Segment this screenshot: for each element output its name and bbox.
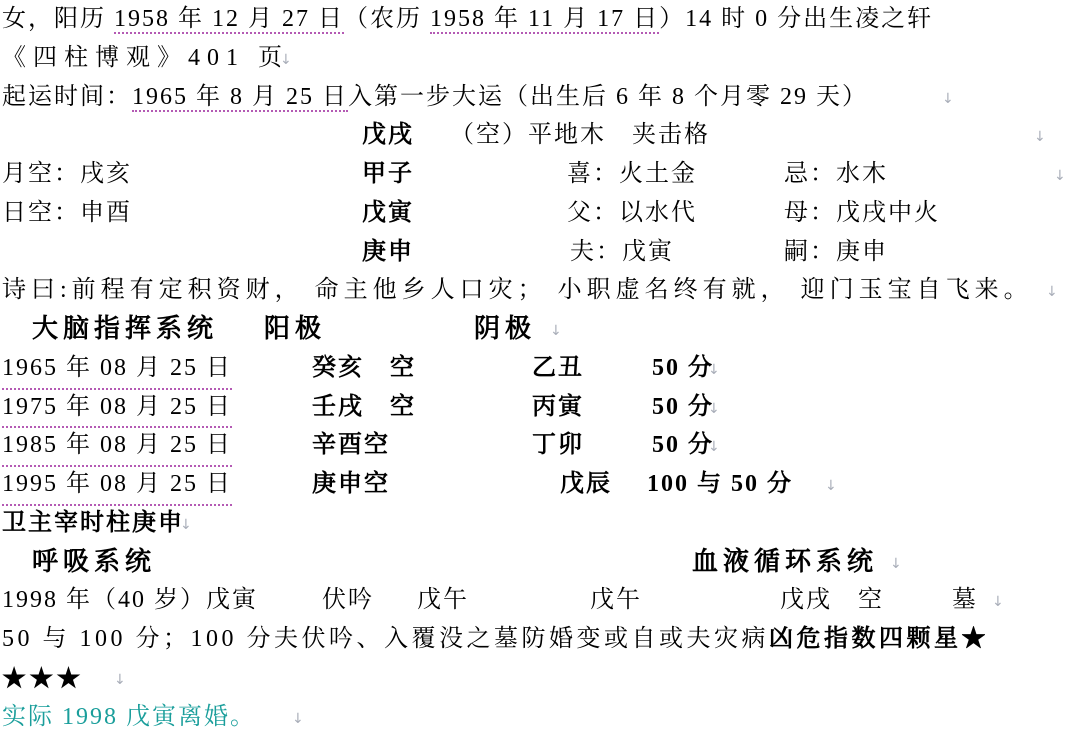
dayun-branch: 戊辰 [560, 465, 612, 504]
line-break-mark: ↓ [708, 428, 720, 467]
dayun-pillar: 辛酉空 [312, 426, 390, 465]
luck-start-date: 1965 年 8 月 25 日 [132, 84, 348, 112]
void-label: 空 [858, 581, 884, 620]
dayun-row: 1995 年 08 月 25 日庚申空戊辰100 与 50 分↓ [2, 465, 1070, 504]
month-void-label: 月空：戌亥 [2, 155, 132, 194]
score-analysis-text: 50 与 100 分；100 分夫伏吟、入覆没之墓防婚变或自或夫灾病 [2, 626, 769, 652]
dayun-date: 1975 年 08 月 25 日 [2, 388, 232, 429]
hour-pillar: 庚申 [362, 233, 414, 272]
lunar-birth-date: 1958 年 11 月 17 日 [430, 6, 659, 34]
actual-event-text: 实际 1998 戊寅离婚。 [2, 704, 256, 730]
day-void-label: 日空：申酉 [2, 194, 132, 233]
birth-info-line: 女，阳历 1958 年 12 月 27 日（农历 1958 年 11 月 17 … [2, 0, 1070, 39]
line-break-mark: ↓ [890, 545, 902, 584]
husband-element: 夫：戊寅 [570, 233, 674, 272]
year-pillar-line: 戊戌（空）平地木 夹击格↓ [2, 116, 1070, 155]
dayun-branch: 丁卯 [532, 426, 584, 465]
line-break-mark: ↓ [942, 80, 954, 119]
line-break-mark: ↓ [180, 506, 192, 545]
yang-pole-heading: 阳极 [264, 310, 326, 349]
danger-stars: ★★★ [2, 663, 84, 693]
dayun-row: 1975 年 08 月 25 日壬戌 空丙寅50 分↓ [2, 388, 1070, 427]
stars-line: ★★★↓ [2, 659, 1070, 698]
father-element: 父：以水代 [567, 194, 697, 233]
birth-info-mid: （农历 [344, 6, 430, 32]
wuxu-pillar: 戊戌 [780, 581, 832, 620]
dayun-date: 1965 年 08 月 25 日 [2, 349, 232, 390]
respiratory-system-heading: 呼吸系统 [32, 543, 156, 582]
dayun-branch: 乙丑 [532, 349, 584, 388]
poem-text: 诗曰:前程有定积资财， 命主他乡人口灾； 小职虚名终有就， 迎门玉宝自飞来。 [2, 277, 1033, 303]
hour-pillar-line: 庚申夫：戊寅嗣：庚申 [2, 233, 1070, 272]
tomb-label: 墓 [952, 581, 978, 620]
actual-event-line: 实际 1998 戊寅离婚。↓ [2, 698, 1070, 737]
dayun-row: 1985 年 08 月 25 日辛酉空丁卯50 分↓ [2, 426, 1070, 465]
luck-start-line: 起运时间：1965 年 8 月 25 日入第一步大运（出生后 6 年 8 个月零… [2, 78, 1070, 117]
dayun-score: 50 分 [652, 388, 714, 427]
line-break-mark: ↓ [280, 41, 292, 80]
year-pillar-notes: （空）平地木 夹击格 [450, 116, 710, 155]
day-pillar: 戊寅 [362, 194, 414, 233]
dayun-pillar: 癸亥 空 [312, 349, 416, 388]
month-pillar: 甲子 [362, 155, 414, 194]
dayun-pillar: 庚申空 [312, 465, 390, 504]
birth-info-post: ）14 时 0 分出生凌之轩 [659, 6, 933, 32]
line-break-mark: ↓ [708, 351, 720, 390]
luck-start-label: 起运时间： [2, 84, 132, 110]
line-break-mark: ↓ [292, 700, 304, 737]
brain-system-heading: 大脑指挥系统 [32, 310, 218, 349]
book-reference: 《四柱博观》401 页 [2, 45, 289, 71]
dayun-branch: 丙寅 [532, 388, 584, 427]
line-break-mark: ↓ [825, 467, 837, 506]
line-break-mark: ↓ [114, 661, 126, 700]
poem-line: 诗曰:前程有定积资财， 命主他乡人口灾； 小职虚名终有就， 迎门玉宝自飞来。↓ [2, 271, 1070, 310]
dayun-score: 50 分 [652, 426, 714, 465]
dayun-header-line: 大脑指挥系统阳极阴极↓ [2, 310, 1070, 349]
yin-pole-heading: 阴极 [474, 310, 536, 349]
dayun-score: 50 分 [652, 349, 714, 388]
line-break-mark: ↓ [708, 390, 720, 429]
time-ruler-text: 卫主宰时柱庚申 [2, 510, 184, 536]
luck-start-post: 入第一步大运（出生后 6 年 8 个月零 29 天） [348, 84, 868, 110]
favorable-elements: 喜：火土金 [567, 155, 697, 194]
heir-element: 嗣：庚申 [784, 233, 888, 272]
day-pillar-line: 日空：申酉戊寅父：以水代母：戊戌中火 [2, 194, 1070, 233]
document-page: 女，阳历 1958 年 12 月 27 日（农历 1958 年 11 月 17 … [0, 0, 1070, 737]
line-break-mark: ↓ [1054, 157, 1066, 196]
solar-birth-date: 1958 年 12 月 27 日 [114, 6, 344, 34]
book-reference-line: 《四柱博观》401 页↓ [2, 39, 1070, 78]
unfavorable-elements: 忌：水木 [784, 155, 888, 194]
wuwu-2: 戊午 [590, 581, 642, 620]
score-analysis-line: 50 与 100 分；100 分夫伏吟、入覆没之墓防婚变或自或夫灾病凶危指数四颗… [2, 620, 1070, 659]
year-pillar: 戊戌 [362, 116, 414, 155]
line-break-mark: ↓ [550, 312, 562, 351]
month-pillar-line: 月空：戌亥甲子喜：火土金忌：水木↓ [2, 155, 1070, 194]
danger-index-text: 凶危指数四颗星★ [769, 626, 989, 652]
year-1998-age: 1998 年（40 岁）戊寅 [2, 581, 258, 620]
fuyin-label: 伏吟 [322, 581, 374, 620]
dayun-score: 100 与 50 分 [647, 465, 793, 504]
birth-info-pre: 女，阳历 [2, 6, 114, 32]
line-break-mark: ↓ [992, 583, 1004, 622]
dayun-date: 1985 年 08 月 25 日 [2, 426, 232, 467]
dayun-row: 1965 年 08 月 25 日癸亥 空乙丑50 分↓ [2, 349, 1070, 388]
year-1998-line: 1998 年（40 岁）戊寅伏吟戊午戊午戊戌空墓↓ [2, 581, 1070, 620]
time-ruler-line: 卫主宰时柱庚申↓ [2, 504, 1070, 543]
dayun-pillar: 壬戌 空 [312, 388, 416, 427]
mother-element: 母：戊戌中火 [784, 194, 940, 233]
circulatory-system-heading: 血液循环系统 [692, 543, 878, 582]
systems-header-line: 呼吸系统血液循环系统↓ [2, 543, 1070, 582]
line-break-mark: ↓ [1034, 118, 1046, 157]
dayun-date: 1995 年 08 月 25 日 [2, 465, 232, 506]
line-break-mark: ↓ [1046, 273, 1058, 312]
wuwu-1: 戊午 [417, 581, 469, 620]
